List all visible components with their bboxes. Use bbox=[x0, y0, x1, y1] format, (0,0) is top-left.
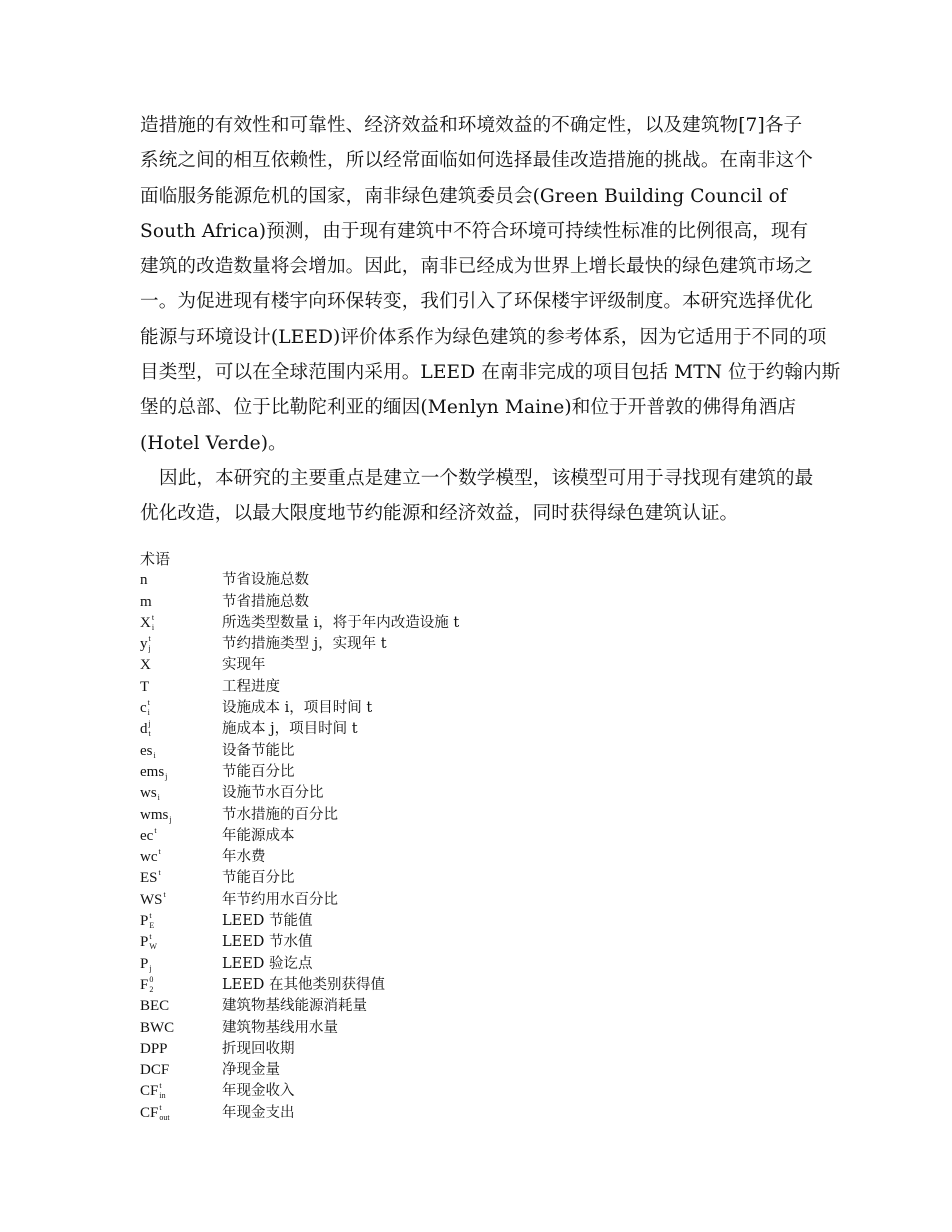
nomenclature-row: wsi设施节水百分比 bbox=[140, 783, 830, 804]
nomenclature-definition: LEED 验讫点 bbox=[222, 954, 313, 975]
symbol-scripts: t bbox=[163, 903, 171, 904]
symbol-scripts: tout bbox=[158, 1116, 166, 1117]
symbol-superscript: t bbox=[164, 891, 166, 899]
nomenclature-symbol: CFtin bbox=[140, 1081, 222, 1102]
symbol-superscript: t bbox=[149, 912, 151, 920]
nomenclature-row: ect年能源成本 bbox=[140, 826, 830, 847]
nomenclature-definition: 净现金量 bbox=[222, 1060, 280, 1081]
nomenclature-row: esi设备节能比 bbox=[140, 741, 830, 762]
nomenclature-row: BEC建筑物基线能源消耗量 bbox=[140, 996, 830, 1017]
symbol-subscript: t bbox=[149, 730, 151, 738]
symbol-base: P bbox=[140, 956, 148, 972]
symbol-scripts: tW bbox=[148, 945, 156, 946]
symbol-superscript: t bbox=[159, 848, 161, 856]
nomenclature-row: ESt节能百分比 bbox=[140, 868, 830, 889]
symbol-subscript: i bbox=[148, 709, 150, 717]
nomenclature-heading: 术语 bbox=[140, 549, 830, 570]
nomenclature-definition: 节约措施类型 j，实现年 t bbox=[222, 634, 387, 655]
paragraph-retrofit-context: 造措施的有效性和可靠性、经济效益和环境效益的不确定性，以及建筑物[7]各子 系统… bbox=[140, 108, 830, 461]
symbol-base: d bbox=[140, 721, 148, 737]
symbol-base: F bbox=[140, 977, 148, 993]
nomenclature-definition: 设施节水百分比 bbox=[222, 783, 324, 804]
symbol-superscript: t bbox=[154, 827, 156, 835]
nomenclature-row: emsj节能百分比 bbox=[140, 762, 830, 783]
symbol-superscript: t bbox=[159, 1082, 161, 1090]
nomenclature-row: BWC建筑物基线用水量 bbox=[140, 1018, 830, 1039]
symbol-base: X bbox=[140, 615, 151, 631]
nomenclature-symbol: ESt bbox=[140, 868, 222, 889]
document-body: 造措施的有效性和可靠性、经济效益和环境效益的不确定性，以及建筑物[7]各子 系统… bbox=[140, 108, 830, 532]
symbol-superscript: t bbox=[149, 933, 151, 941]
nomenclature-definition: 节能百分比 bbox=[222, 868, 295, 889]
nomenclature-symbol: BEC bbox=[140, 996, 222, 1017]
nomenclature-definition: 节能百分比 bbox=[222, 762, 295, 783]
nomenclature-symbol: emsj bbox=[140, 762, 222, 783]
nomenclature-definition: 工程进度 bbox=[222, 677, 280, 698]
symbol-scripts: i bbox=[153, 754, 161, 755]
symbol-scripts: j bbox=[164, 775, 172, 776]
symbol-base: c bbox=[140, 700, 147, 716]
symbol-subscript: W bbox=[149, 943, 157, 951]
nomenclature-symbol: PtE bbox=[140, 911, 222, 932]
symbol-subscript: out bbox=[159, 1114, 169, 1122]
nomenclature-row: PjLEED 验讫点 bbox=[140, 954, 830, 975]
nomenclature-definition: 设施成本 i，项目时间 t bbox=[222, 698, 372, 719]
nomenclature-definition: 建筑物基线用水量 bbox=[222, 1018, 338, 1039]
symbol-base: y bbox=[140, 636, 148, 652]
nomenclature-row: Xti所选类型数量 i，将于年内改造设施 t bbox=[140, 613, 830, 634]
nomenclature-definition: 建筑物基线能源消耗量 bbox=[222, 996, 367, 1017]
text-line: 优化改造，以最大限度地节约能源和经济效益，同时获得绿色建筑认证。 bbox=[140, 496, 830, 531]
text-line: 目类型，可以在全球范围内采用。LEED 在南非完成的项目包括 MTN 位于约翰内… bbox=[140, 355, 830, 390]
nomenclature-symbol: m bbox=[140, 592, 222, 613]
symbol-superscript: t bbox=[159, 869, 161, 877]
nomenclature-symbol: DPP bbox=[140, 1039, 222, 1060]
text-line: 一。为促进现有楼宇向环保转变，我们引入了环保楼宇评级制度。本研究选择优化 bbox=[140, 284, 830, 319]
symbol-subscript: j bbox=[169, 816, 171, 824]
nomenclature-symbol: ytj bbox=[140, 634, 222, 655]
nomenclature-row: T工程进度 bbox=[140, 677, 830, 698]
symbol-scripts: t bbox=[153, 839, 161, 840]
nomenclature-symbol: wsi bbox=[140, 783, 222, 804]
nomenclature-definition: 节省措施总数 bbox=[222, 592, 309, 613]
nomenclature-row: DPP折现回收期 bbox=[140, 1039, 830, 1060]
symbol-base: X bbox=[140, 657, 151, 673]
nomenclature-row: WSt年节约用水百分比 bbox=[140, 890, 830, 911]
nomenclature-row: X实现年 bbox=[140, 655, 830, 676]
nomenclature-definition: LEED 节水值 bbox=[222, 932, 313, 953]
symbol-base: BWC bbox=[140, 1020, 174, 1036]
nomenclature-symbol: Xti bbox=[140, 613, 222, 634]
nomenclature-rows: n节省设施总数m节省措施总数Xti所选类型数量 i，将于年内改造设施 tytj节… bbox=[140, 570, 830, 1124]
nomenclature-symbol: PtW bbox=[140, 932, 222, 953]
nomenclature-row: wmsj节水措施的百分比 bbox=[140, 805, 830, 826]
nomenclature-definition: 年现金支出 bbox=[222, 1103, 295, 1124]
symbol-base: ws bbox=[140, 785, 157, 801]
text-line: 建筑的改造数量将会增加。因此，南非已经成为世界上增长最快的绿色建筑市场之 bbox=[140, 249, 830, 284]
text-line: South Africa)预测，由于现有建筑中不符合环境可持续性标准的比例很高，… bbox=[140, 214, 830, 249]
symbol-scripts: j bbox=[168, 818, 176, 819]
nomenclature-definition: 年水费 bbox=[222, 847, 266, 868]
symbol-base: n bbox=[140, 572, 148, 588]
nomenclature-symbol: esi bbox=[140, 741, 222, 762]
nomenclature-row: F02LEED 在其他类别获得值 bbox=[140, 975, 830, 996]
nomenclature-symbol: ect bbox=[140, 826, 222, 847]
nomenclature-symbol: n bbox=[140, 570, 222, 591]
nomenclature-row: djt施成本 j，项目时间 t bbox=[140, 719, 830, 740]
symbol-base: CF bbox=[140, 1105, 158, 1121]
symbol-scripts: tE bbox=[148, 924, 156, 925]
symbol-subscript: j bbox=[149, 645, 151, 653]
text-line: 能源与环境设计(LEED)评价体系作为绿色建筑的参考体系，因为它适用于不同的项 bbox=[140, 320, 830, 355]
symbol-base: wms bbox=[140, 807, 168, 823]
nomenclature-definition: LEED 在其他类别获得值 bbox=[222, 975, 385, 996]
nomenclature-symbol: wct bbox=[140, 847, 222, 868]
symbol-subscript: j bbox=[165, 773, 167, 781]
symbol-base: ES bbox=[140, 870, 158, 886]
nomenclature-symbol: T bbox=[140, 677, 222, 698]
symbol-scripts: i bbox=[157, 796, 165, 797]
symbol-subscript: i bbox=[158, 794, 160, 802]
symbol-base: CF bbox=[140, 1083, 158, 1099]
nomenclature-definition: 年节约用水百分比 bbox=[222, 890, 338, 911]
symbol-superscript: t bbox=[149, 635, 151, 643]
symbol-superscript: t bbox=[159, 1104, 161, 1112]
symbol-base: P bbox=[140, 913, 148, 929]
symbol-scripts: tin bbox=[158, 1094, 166, 1095]
nomenclature-symbol: wmsj bbox=[140, 805, 222, 826]
symbol-scripts: jt bbox=[148, 732, 156, 733]
nomenclature-row: DCF净现金量 bbox=[140, 1060, 830, 1081]
symbol-base: DPP bbox=[140, 1041, 168, 1057]
symbol-subscript: in bbox=[159, 1092, 165, 1100]
text-line: 面临服务能源危机的国家，南非绿色建筑委员会(Green Building Cou… bbox=[140, 179, 830, 214]
symbol-scripts: ti bbox=[151, 626, 159, 627]
nomenclature-symbol: F02 bbox=[140, 975, 222, 996]
symbol-base: wc bbox=[140, 849, 158, 865]
symbol-scripts: 02 bbox=[148, 988, 156, 989]
symbol-subscript: j bbox=[149, 965, 151, 973]
text-line: 因此，本研究的主要重点是建立一个数学模型，该模型可用于寻找现有建筑的最 bbox=[140, 461, 830, 496]
symbol-base: T bbox=[140, 679, 149, 695]
nomenclature-symbol: DCF bbox=[140, 1060, 222, 1081]
symbol-subscript: i bbox=[154, 752, 156, 760]
nomenclature-definition: 实现年 bbox=[222, 655, 266, 676]
symbol-base: BEC bbox=[140, 998, 169, 1014]
symbol-base: es bbox=[140, 743, 153, 759]
symbol-scripts: ti bbox=[147, 711, 155, 712]
symbol-superscript: j bbox=[149, 720, 151, 728]
nomenclature-row: n节省设施总数 bbox=[140, 570, 830, 591]
nomenclature-definition: 节省设施总数 bbox=[222, 570, 309, 591]
symbol-scripts: t bbox=[158, 860, 166, 861]
symbol-subscript: i bbox=[152, 624, 154, 632]
text-line: 系统之间的相互依赖性，所以经常面临如何选择最佳改造措施的挑战。在南非这个 bbox=[140, 143, 830, 178]
text-line: (Hotel Verde)。 bbox=[140, 426, 830, 461]
text-line: 堡的总部、位于比勒陀利亚的缅因(Menlyn Maine)和位于开普敦的佛得角酒… bbox=[140, 390, 830, 425]
symbol-superscript: t bbox=[148, 699, 150, 707]
symbol-superscript: 0 bbox=[149, 976, 153, 984]
nomenclature-definition: 设备节能比 bbox=[222, 741, 295, 762]
nomenclature-symbol: X bbox=[140, 655, 222, 676]
nomenclature-definition: 年能源成本 bbox=[222, 826, 295, 847]
nomenclature-definition: 所选类型数量 i，将于年内改造设施 t bbox=[222, 613, 459, 634]
symbol-scripts: t bbox=[158, 881, 166, 882]
nomenclature-definition: 施成本 j，项目时间 t bbox=[222, 719, 358, 740]
symbol-subscript: 2 bbox=[149, 986, 153, 994]
nomenclature-symbol: BWC bbox=[140, 1018, 222, 1039]
nomenclature-row: wct年水费 bbox=[140, 847, 830, 868]
symbol-base: P bbox=[140, 934, 148, 950]
nomenclature-symbol: CFtout bbox=[140, 1103, 222, 1124]
nomenclature-row: PtWLEED 节水值 bbox=[140, 932, 830, 953]
nomenclature-definition: 节水措施的百分比 bbox=[222, 805, 338, 826]
symbol-scripts: j bbox=[148, 967, 156, 968]
nomenclature-row: m节省措施总数 bbox=[140, 592, 830, 613]
nomenclature-row: CFtin年现金收入 bbox=[140, 1081, 830, 1102]
nomenclature-row: ytj节约措施类型 j，实现年 t bbox=[140, 634, 830, 655]
nomenclature-row: cti设施成本 i，项目时间 t bbox=[140, 698, 830, 719]
symbol-base: ec bbox=[140, 828, 153, 844]
nomenclature-symbol: WSt bbox=[140, 890, 222, 911]
nomenclature-row: PtELEED 节能值 bbox=[140, 911, 830, 932]
nomenclature-row: CFtout年现金支出 bbox=[140, 1103, 830, 1124]
nomenclature-definition: LEED 节能值 bbox=[222, 911, 313, 932]
symbol-base: WS bbox=[140, 892, 163, 908]
nomenclature-list: 术语 n节省设施总数m节省措施总数Xti所选类型数量 i，将于年内改造设施 ty… bbox=[140, 549, 830, 1124]
symbol-base: m bbox=[140, 594, 152, 610]
nomenclature-symbol: cti bbox=[140, 698, 222, 719]
nomenclature-symbol: Pj bbox=[140, 954, 222, 975]
symbol-base: ems bbox=[140, 764, 164, 780]
nomenclature-definition: 年现金收入 bbox=[222, 1081, 295, 1102]
symbol-superscript: t bbox=[152, 614, 154, 622]
paragraph-research-focus: 因此，本研究的主要重点是建立一个数学模型，该模型可用于寻找现有建筑的最 优化改造… bbox=[140, 461, 830, 532]
symbol-subscript: E bbox=[149, 922, 154, 930]
nomenclature-definition: 折现回收期 bbox=[222, 1039, 295, 1060]
text-line: 造措施的有效性和可靠性、经济效益和环境效益的不确定性，以及建筑物[7]各子 bbox=[140, 108, 830, 143]
symbol-scripts: tj bbox=[148, 647, 156, 648]
symbol-base: DCF bbox=[140, 1062, 169, 1078]
nomenclature-symbol: djt bbox=[140, 719, 222, 740]
